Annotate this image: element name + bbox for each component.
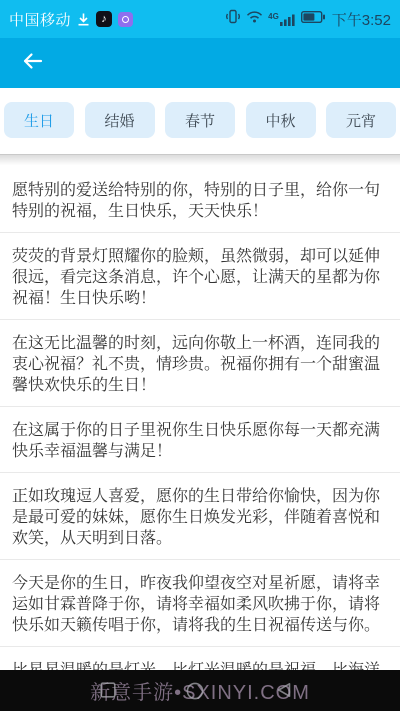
battery-icon [301, 10, 325, 28]
wifi-icon [246, 10, 263, 28]
tab-label: 中秋 [265, 110, 295, 131]
greeting-message-item[interactable]: 正如玫瑰逗人喜爱，愿你的生日带给你愉快，因为你是最可爱的妹妹，愿你生日焕发光彩，… [0, 473, 400, 560]
purple-app-icon [118, 12, 133, 27]
greeting-message-list: 愿特别的爱送给特别的你，特别的日子里，给你一句特别的祝福，生日快乐，天天快乐！ … [0, 167, 400, 711]
tab-spring-festival[interactable]: 春节 [165, 102, 235, 138]
tab-label: 生日 [24, 110, 54, 131]
status-bar-right: 4G 下午3:52 [225, 9, 391, 30]
tab-lantern[interactable]: 元宵 [326, 102, 396, 138]
screen: { "status_bar": { "carrier": "中国移动", "ne… [0, 0, 400, 711]
app-header [0, 38, 400, 88]
vibrate-icon [225, 9, 241, 29]
signal-icon: 4G [268, 12, 296, 26]
status-bar: 中国移动 ♪ 4G [0, 0, 400, 38]
greeting-message-item[interactable]: 今天是你的生日，昨夜我仰望夜空对星祈愿，请将幸运如甘霖普降于你，请将幸福如柔风吹… [0, 560, 400, 647]
tab-wedding[interactable]: 结婚 [85, 102, 155, 138]
tab-label: 元宵 [346, 110, 376, 131]
tab-label: 结婚 [104, 110, 134, 131]
status-bar-left: 中国移动 ♪ [9, 9, 133, 30]
douyin-app-icon: ♪ [96, 11, 112, 27]
download-icon [77, 13, 90, 26]
greeting-message-item[interactable]: 荧荧的背景灯照耀你的脸颊，虽然微弱，却可以延伸很远，看完这条消息，许个心愿，让满… [0, 233, 400, 320]
greeting-message-item[interactable]: 在这无比温馨的时刻，远向你敬上一杯酒，连同我的衷心祝福？礼不贵，情珍贵。祝福你拥… [0, 320, 400, 407]
greeting-message-item[interactable]: 愿特别的爱送给特别的你，特别的日子里，给你一句特别的祝福，生日快乐，天天快乐！ [0, 167, 400, 233]
carrier-label: 中国移动 [9, 9, 71, 30]
back-button[interactable] [16, 47, 48, 79]
tab-divider-shadow [0, 154, 400, 167]
tab-birthday[interactable]: 生日 [4, 102, 74, 138]
home-circle-icon[interactable] [186, 682, 204, 700]
tab-mid-autumn[interactable]: 中秋 [246, 102, 316, 138]
android-nav-bar: 新意手游•SXINYI.COM [0, 670, 400, 711]
greeting-message-item[interactable]: 在这属于你的日子里祝你生日快乐愿你每一天都充满快乐幸福温馨与满足！ [0, 407, 400, 473]
network-type-label: 4G [268, 12, 279, 21]
back-arrow-icon [20, 49, 44, 78]
tab-label: 春节 [185, 110, 215, 131]
category-tab-bar: 生日 结婚 春节 中秋 元宵 [0, 88, 400, 154]
recents-square-icon[interactable] [100, 682, 116, 698]
clock-label: 下午3:52 [332, 9, 391, 30]
back-triangle-icon[interactable] [276, 682, 292, 698]
